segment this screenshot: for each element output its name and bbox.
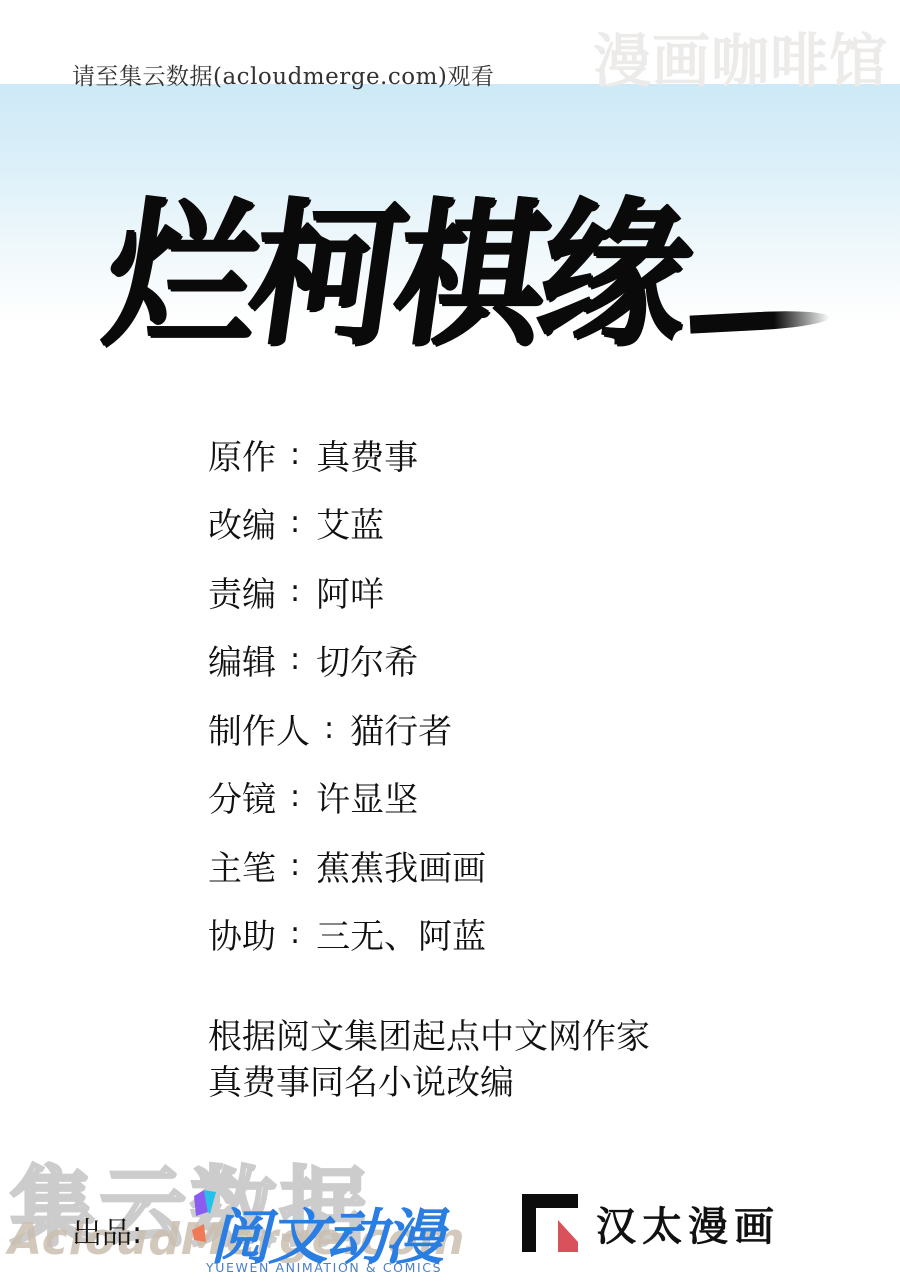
producer-label: 出品: — [72, 1208, 142, 1252]
credit-separator: : — [324, 711, 334, 746]
credit-row-producer: 制作人 : 猫行者 — [208, 694, 486, 763]
credit-role: 主笔 — [208, 841, 276, 890]
credit-separator: : — [290, 642, 300, 677]
credit-separator: : — [290, 505, 300, 540]
comic-title-text: 烂柯棋缘 — [97, 196, 695, 354]
credit-separator: : — [290, 437, 300, 472]
credit-row-original-author: 原作 : 真费事 — [208, 420, 486, 489]
credit-role: 分镜 — [208, 772, 276, 821]
based-on-line-2: 真费事同名小说改编 — [208, 1060, 650, 1106]
credit-separator: : — [290, 779, 300, 814]
credit-name: 艾蓝 — [316, 498, 384, 547]
watermark-manhua-cafe: 漫画咖啡馆 — [593, 14, 888, 98]
yuewen-logo-en: YUEWEN ANIMATION & COMICS — [206, 1260, 442, 1275]
credit-role: 编辑 — [208, 635, 276, 684]
based-on-notice: 根据阅文集团起点中文网作家 真费事同名小说改编 — [208, 1014, 650, 1106]
credit-role: 改编 — [208, 498, 276, 547]
credit-name: 阿咩 — [316, 567, 384, 616]
source-notice: 请至集云数据(acloudmerge.com)观看 — [72, 58, 494, 91]
hantai-logo-icon — [522, 1194, 580, 1252]
credit-name: 蕉蕉我画画 — [316, 841, 486, 890]
credit-name: 许显坚 — [316, 772, 418, 821]
credit-row-assistants: 协助 : 三无、阿蓝 — [208, 900, 486, 969]
based-on-line-1: 根据阅文集团起点中文网作家 — [208, 1014, 650, 1060]
credit-role: 责编 — [208, 567, 276, 616]
credit-role: 制作人 — [208, 704, 310, 753]
credits-list: 原作 : 真费事 改编 : 艾蓝 责编 : 阿咩 编辑 : 切尔希 制作人 : … — [208, 420, 486, 968]
credit-name: 真费事 — [316, 430, 418, 479]
credit-row-adaptation: 改编 : 艾蓝 — [208, 489, 486, 558]
credit-row-responsible-editor: 责编 : 阿咩 — [208, 557, 486, 626]
yuewen-animation-logo: 阅文动漫 YUEWEN ANIMATION & COMICS — [190, 1180, 460, 1280]
credit-row-lead-artist: 主笔 : 蕉蕉我画画 — [208, 831, 486, 900]
credit-separator: : — [290, 574, 300, 609]
credit-name: 切尔希 — [316, 635, 418, 684]
credit-row-editor: 编辑 : 切尔希 — [208, 626, 486, 695]
credit-role: 协助 — [208, 909, 276, 958]
credit-separator: : — [290, 916, 300, 951]
credit-name: 猫行者 — [350, 704, 452, 753]
credit-role: 原作 — [208, 430, 276, 479]
credit-name: 三无、阿蓝 — [316, 909, 486, 958]
credit-separator: : — [290, 848, 300, 883]
credit-row-storyboard: 分镜 : 许显坚 — [208, 763, 486, 832]
hantai-comics-logo: 汉太漫画 — [522, 1194, 780, 1252]
hantai-logo-text: 汉太漫画 — [596, 1195, 780, 1252]
comic-title: 烂柯棋缘 — [108, 175, 828, 375]
